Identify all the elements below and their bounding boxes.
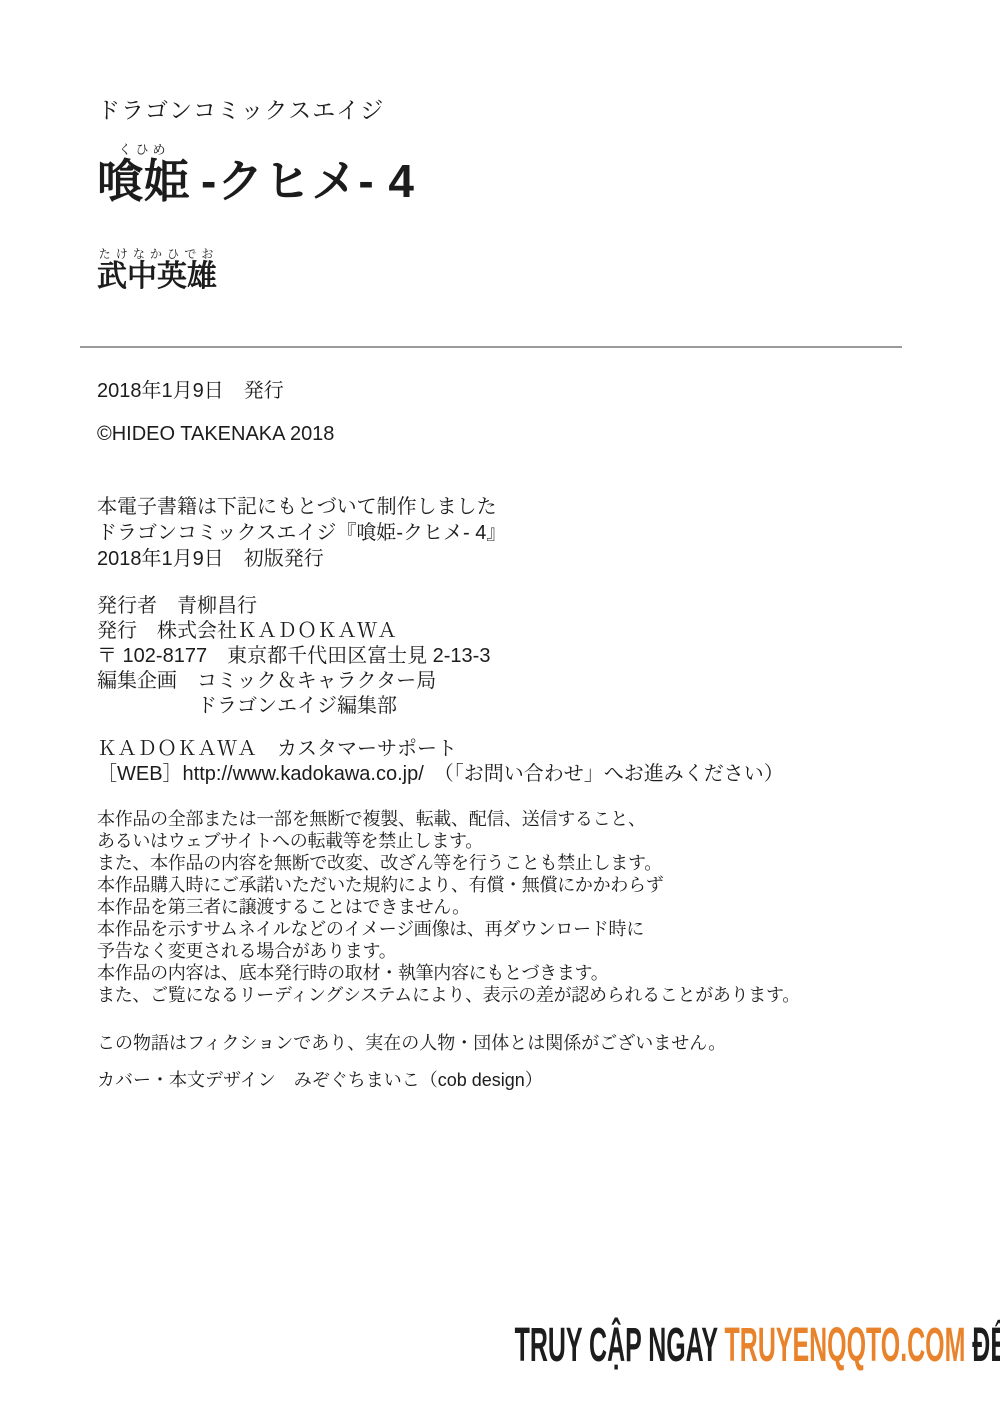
legal-line: また、本作品の内容を無断で改変、改ざん等を行うことも禁止します。: [97, 852, 800, 874]
author-name: 武中英雄たけなかひでお: [97, 247, 217, 293]
publisher-line: 発行 株式会社ＫＡＤＯＫＡＷＡ: [97, 619, 490, 644]
legal-line: 本作品の全部または一部を無断で複製、転載、配信、送信すること、: [97, 808, 800, 830]
publisher-line: ドラゴンエイジ編集部: [97, 694, 490, 719]
legal-line: また、ご覧になるリーディングシステムにより、表示の差が認められることがあります。: [97, 984, 800, 1006]
legal-line: あるいはウェブサイトへの転載等を禁止します。: [97, 830, 800, 852]
legal-line: 本作品を第三者に譲渡することはできません。: [97, 896, 800, 918]
legal-line: 本作品購入時にご承諾いただいた規約により、有償・無償にかかわらず: [97, 874, 800, 896]
source-note-line: 2018年1月9日 初版発行: [97, 546, 506, 572]
author-kanji: 武中英雄: [97, 260, 217, 293]
legal-line: 本作品を示すサムネイルなどのイメージ画像は、再ダウンロード時に: [97, 918, 800, 940]
book-title: 喰姫くひめ-クヒメ- 4: [97, 142, 415, 208]
title-ruby: 喰姫くひめ: [97, 155, 191, 207]
imprint-label: ドラゴンコミックスエイジ: [97, 92, 384, 125]
publisher-line: 編集企画 コミック＆キャラクター局: [97, 669, 490, 694]
copyright-line: ©HIDEO TAKENAKA 2018: [97, 423, 334, 446]
source-note-line: ドラゴンコミックスエイジ『喰姫-クヒメ- 4』: [97, 520, 506, 546]
source-note: 本電子書籍は下記にもとづいて制作しました ドラゴンコミックスエイジ『喰姫-クヒメ…: [97, 494, 506, 572]
title-kanji: 喰姫: [97, 155, 191, 207]
source-note-line: 本電子書籍は下記にもとづいて制作しました: [97, 494, 506, 520]
publisher-line: 〒 102-8177 東京都千代田区富士見 2-13-3: [97, 644, 490, 669]
legal-line: 予告なく変更される場合があります。: [97, 940, 800, 962]
title-furigana: くひめ: [97, 142, 191, 157]
banner-text: TRUY CẬP NGAY TRUYENQQTO.COM ĐỂ CẬP NHẬT…: [515, 1318, 1000, 1373]
support-line: ［WEB］http://www.kadokawa.co.jp/ （「お問い合わせ…: [97, 762, 784, 787]
banner-suffix: ĐỂ CẬP NHẬT CÁC THÔNG TIN MỚI NHẤT VỀ TR…: [972, 1319, 1000, 1372]
publisher-line: 発行者 青柳昌行: [97, 594, 490, 619]
customer-support-info: ＫＡＤＯＫＡＷＡ カスタマーサポート ［WEB］http://www.kadok…: [97, 737, 784, 787]
watermark-banner: TRUY CẬP NGAY TRUYENQQTO.COM ĐỂ CẬP NHẬT…: [0, 1318, 1000, 1373]
title-subtitle: -クヒメ- 4: [201, 155, 415, 207]
design-credit: カバー・本文デザイン みぞぐちまいこ（cob design）: [97, 1066, 543, 1092]
fiction-disclaimer: この物語はフィクションであり、実在の人物・団体とは関係がございません。: [97, 1029, 726, 1055]
divider-rule: [80, 346, 902, 348]
legal-line: 本作品の内容は、底本発行時の取材・執筆内容にもとづきます。: [97, 962, 800, 984]
banner-prefix: TRUY CẬP NGAY: [515, 1319, 718, 1372]
legal-notice: 本作品の全部または一部を無断で複製、転載、配信、送信すること、 あるいはウェブサ…: [97, 808, 800, 1006]
banner-site-name: TRUYENQQTO.COM: [725, 1319, 966, 1372]
publisher-info: 発行者 青柳昌行 発行 株式会社ＫＡＤＯＫＡＷＡ 〒 102-8177 東京都千…: [97, 594, 490, 719]
author-ruby: 武中英雄たけなかひでお: [97, 260, 217, 293]
support-line: ＫＡＤＯＫＡＷＡ カスタマーサポート: [97, 737, 784, 762]
publication-date: 2018年1月9日 発行: [97, 374, 284, 403]
author-furigana: たけなかひでお: [97, 247, 217, 261]
